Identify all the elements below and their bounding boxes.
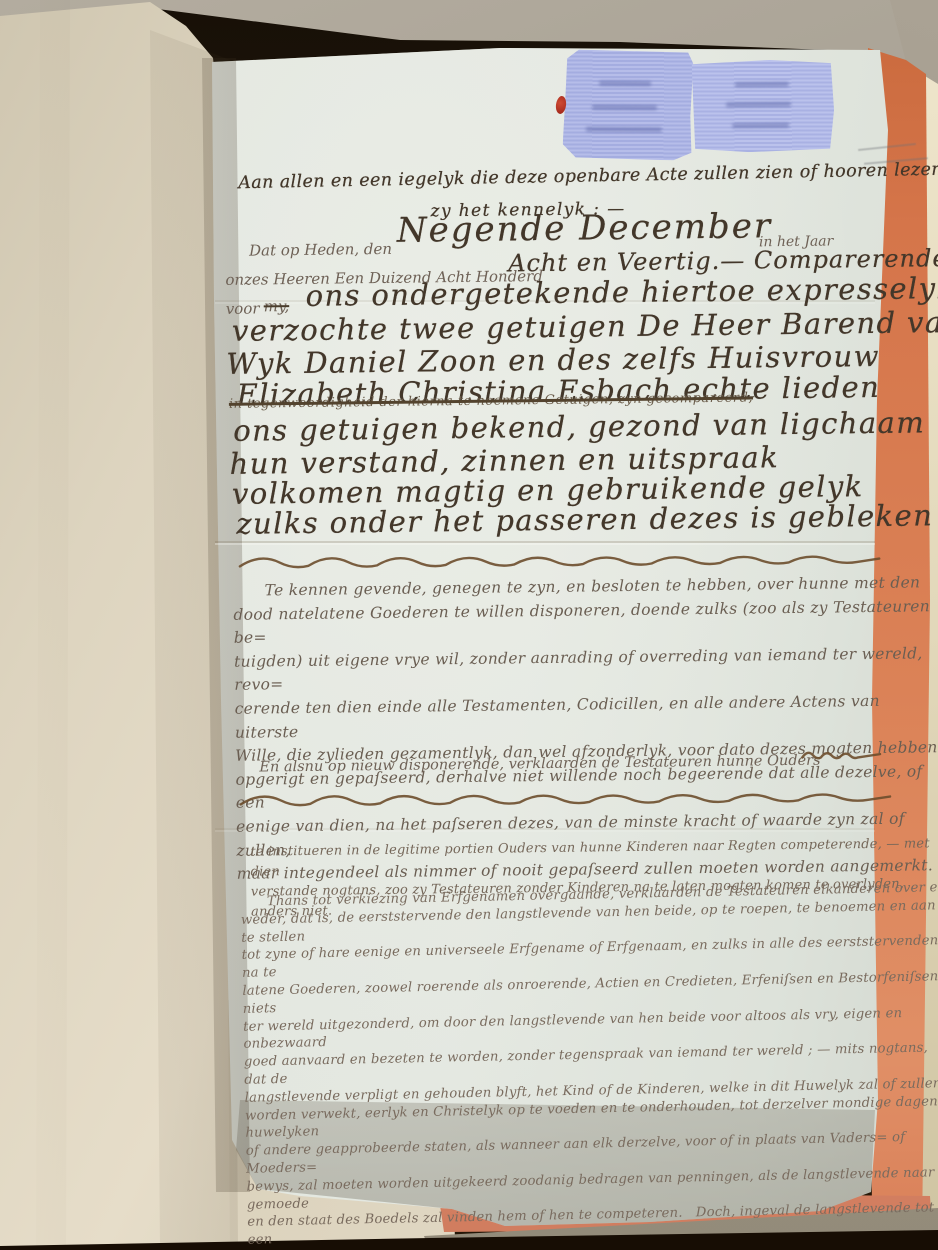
opening-line: Aan allen en een iegelyk die deze openba…: [238, 160, 938, 194]
dash-after-struck-line: ———: [717, 388, 753, 404]
printed-date-prefix: Dat op Heden, den: [249, 240, 392, 260]
handwritten-line-8: zulks onder het passeren dezes is geblek…: [236, 501, 933, 539]
deed-text: Aan allen en een iegelyk die deze openba…: [0, 0, 938, 1250]
handwritten-line-5: ons getuigen bekend, gezond van ligchaam: [233, 408, 925, 445]
wavy-separator-top: [237, 543, 882, 577]
erfstelling-paragraph: Thans tot verkiezing van Erfgenamen over…: [240, 879, 938, 1250]
photographed-notarial-deed: Aan allen en een iegelyk die deze openba…: [0, 0, 938, 1250]
pen-flourish: [799, 747, 883, 764]
handwritten-date: Negende December: [397, 206, 773, 251]
